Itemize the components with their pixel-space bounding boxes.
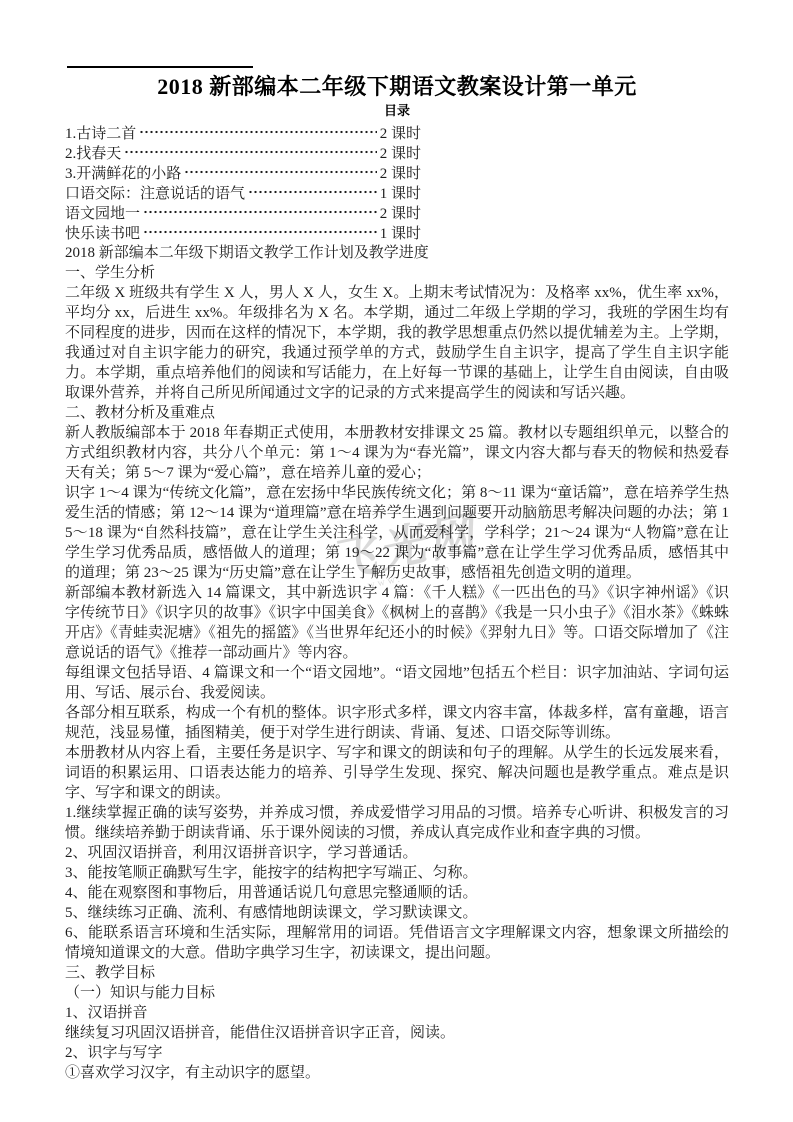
toc-row: 语文园地一 2 课时: [65, 202, 421, 222]
paragraph: 各部分相互联系，构成一个有机的整体。识字形式多样，课文内容丰富，体裁多样，富有童…: [65, 703, 729, 743]
toc-item-label: 口语交际：注意说话的语气: [65, 182, 245, 203]
paragraph: 2、识字与写字: [65, 1043, 729, 1063]
toc-heading: 目录: [65, 102, 729, 120]
toc-dot-leader: [143, 222, 377, 242]
table-of-contents: 1.古诗二首 2 课时 2.找春天 2 课时 3.开满鲜花的小路 2 课时: [65, 122, 421, 242]
paragraph: 4、能在观察图和事物后，用普通话说几句意思完整通顺的话。: [65, 883, 729, 903]
paragraph: 5、继续练习正确、流利、有感情地朗读课文，学习默读课文。: [65, 903, 729, 923]
toc-item-label: 语文园地一: [65, 202, 140, 223]
toc-item-label: 3.开满鲜花的小路: [65, 162, 181, 183]
paragraph: 二年级 X 班级共有学生 X 人，男人 X 人，女生 X。上期末考试情况为：及格…: [65, 283, 729, 403]
paragraph: 本册教材从内容上看，主要任务是识字、写字和课文的朗读和句子的理解。从学生的长远发…: [65, 743, 729, 803]
toc-dot-leader: [139, 122, 376, 142]
paragraph: （一）知识与能力目标: [65, 983, 729, 1003]
document-title: 2018 新部编本二年级下期语文教案设计第一单元: [65, 72, 729, 102]
toc-item-label: 快乐读书吧: [65, 222, 140, 243]
toc-item-duration: 2 课时: [380, 142, 421, 163]
paragraph: 每组课文包括导语、4 篇课文和一个“语文园地”。“语文园地”包括五个栏目：识字加…: [65, 663, 729, 703]
document-page: 飞光网 www.···.com 2018 新部编本二年级下期语文教案设计第一单元…: [0, 0, 793, 1122]
paragraph: 新部编本教材新选入 14 篇课文，其中新选识字 4 篇：《千人糕》《一匹出色的马…: [65, 583, 729, 663]
paragraph: 识字 1～4 课为“传统文化篇”，意在宏扬中华民族传统文化；第 8～11 课为“…: [65, 483, 729, 583]
paragraph: ①喜欢学习汉字，有主动识字的愿望。: [65, 1063, 729, 1083]
toc-row: 1.古诗二首 2 课时: [65, 122, 421, 142]
paragraph: 1.继续掌握正确的读写姿势，并养成习惯，养成爱惜学习用品的习惯。培养专心听讲、积…: [65, 803, 729, 843]
toc-item-duration: 2 课时: [380, 122, 421, 143]
toc-item-label: 2.找春天: [65, 142, 121, 163]
paragraph: 新人教版编部本于 2018 年春期正式使用，本册教材安排课文 25 篇。教材以专…: [65, 423, 729, 483]
toc-item-duration: 1 课时: [380, 182, 421, 203]
toc-row: 快乐读书吧 1 课时: [65, 222, 421, 242]
paragraph: 1、汉语拼音: [65, 1003, 729, 1023]
toc-item-label: 1.古诗二首: [65, 122, 136, 143]
paragraph: 3、能按笔顺正确默写生字，能按字的结构把字写端正、匀称。: [65, 863, 729, 883]
toc-dot-leader: [124, 142, 376, 162]
toc-item-duration: 2 课时: [380, 162, 421, 183]
toc-item-duration: 1 课时: [380, 222, 421, 243]
toc-dot-leader: [184, 162, 376, 182]
toc-dot-leader: [248, 182, 377, 202]
header-divider-line: [67, 66, 253, 68]
toc-row: 3.开满鲜花的小路 2 课时: [65, 162, 421, 182]
paragraph: 6、能联系语言环境和生活实际，理解常用的词语。凭借语言文字理解课文内容，想象课文…: [65, 923, 729, 963]
paragraph: 一、学生分析: [65, 263, 729, 283]
paragraph: 继续复习巩固汉语拼音，能借住汉语拼音识字正音，阅读。: [65, 1023, 729, 1043]
paragraph: 三、教学目标: [65, 963, 729, 983]
document-body: 2018 新部编本二年级下期语文教学工作计划及教学进度 一、学生分析 二年级 X…: [65, 243, 729, 1083]
toc-row: 2.找春天 2 课时: [65, 142, 421, 162]
toc-dot-leader: [143, 202, 377, 222]
toc-row: 口语交际：注意说话的语气 1 课时: [65, 182, 421, 202]
paragraph: 2、巩固汉语拼音，利用汉语拼音识字，学习普通话。: [65, 843, 729, 863]
paragraph: 二、教材分析及重难点: [65, 403, 729, 423]
toc-item-duration: 2 课时: [380, 202, 421, 223]
paragraph: 2018 新部编本二年级下期语文教学工作计划及教学进度: [65, 243, 729, 263]
